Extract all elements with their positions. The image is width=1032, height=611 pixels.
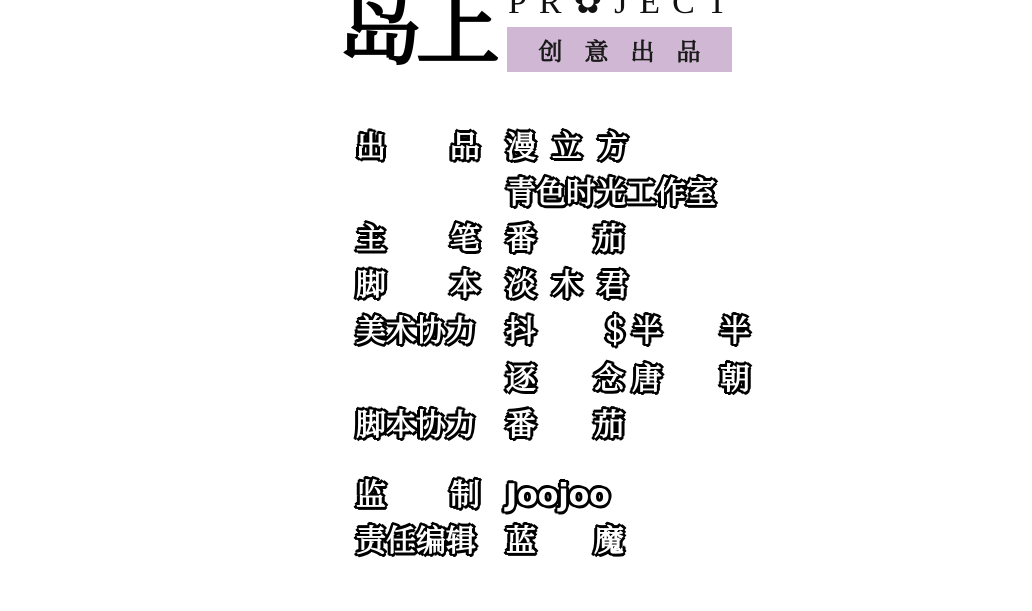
logo-band: 创意出品 [507, 27, 732, 72]
credit-value-part: 蓝 [506, 522, 536, 562]
credit-value-part: 逐 [506, 360, 536, 400]
credit-label-part: 制 [450, 476, 480, 516]
credit-value-part: 番 [506, 220, 536, 260]
credit-value-part: 淡 [506, 266, 536, 306]
credit-label: 脚本协力 [356, 406, 480, 446]
credit-label: 责任编辑 [356, 522, 480, 562]
credit-label-part: 责任编辑 [356, 524, 476, 559]
credit-value-part: 半 [720, 312, 750, 352]
credit-label-part: 笔 [450, 220, 480, 260]
credit-value-part: ＄ [600, 312, 630, 352]
credit-label-part: 监 [356, 476, 386, 516]
credit-label-part: 品 [450, 128, 480, 168]
logo-mark: 岛上 [338, 0, 494, 78]
credit-value-part: 木 [552, 266, 582, 306]
credit-value-part: 茄 [594, 406, 624, 446]
credit-value-part: 唐 [632, 360, 662, 400]
credit-value-part: 方 [598, 128, 628, 168]
credit-label: 出品 [356, 128, 480, 168]
credit-value-part: 半 [632, 312, 662, 352]
credit-label-part: 主 [356, 220, 386, 260]
credit-value-part: Joojoo [506, 476, 610, 516]
credit-label: 主笔 [356, 220, 480, 260]
credit-label-part: 脚本协力 [356, 408, 476, 443]
credit-value-part: 君 [598, 266, 628, 306]
credit-label: 脚本 [356, 266, 480, 306]
credit-value-part: 魔 [594, 522, 624, 562]
credit-label-part: 脚 [356, 266, 386, 306]
logo-band-text: 创意出品 [517, 32, 723, 67]
credit-value-part: 念 [594, 360, 624, 400]
credit-label: 监制 [356, 476, 480, 516]
credit-value-part: 青色时光工作室 [506, 174, 716, 214]
credit-value-part: 朝 [720, 360, 750, 400]
logo: 岛上 PR✿JECT 创意出品 [338, 0, 738, 78]
credit-value-part: 漫 [506, 128, 536, 168]
credit-value-part: 立 [552, 128, 582, 168]
credit-value-part: 茄 [594, 220, 624, 260]
credit-label-part: 出 [356, 128, 386, 168]
credit-value-part: 抖 [506, 312, 536, 352]
logo-project-text: PR✿JECT [508, 0, 740, 20]
credit-value-part: 番 [506, 406, 536, 446]
credit-label-part: 本 [450, 266, 480, 306]
credit-label: 美术协力 [356, 312, 480, 352]
credit-label-part: 美术协力 [356, 314, 476, 349]
